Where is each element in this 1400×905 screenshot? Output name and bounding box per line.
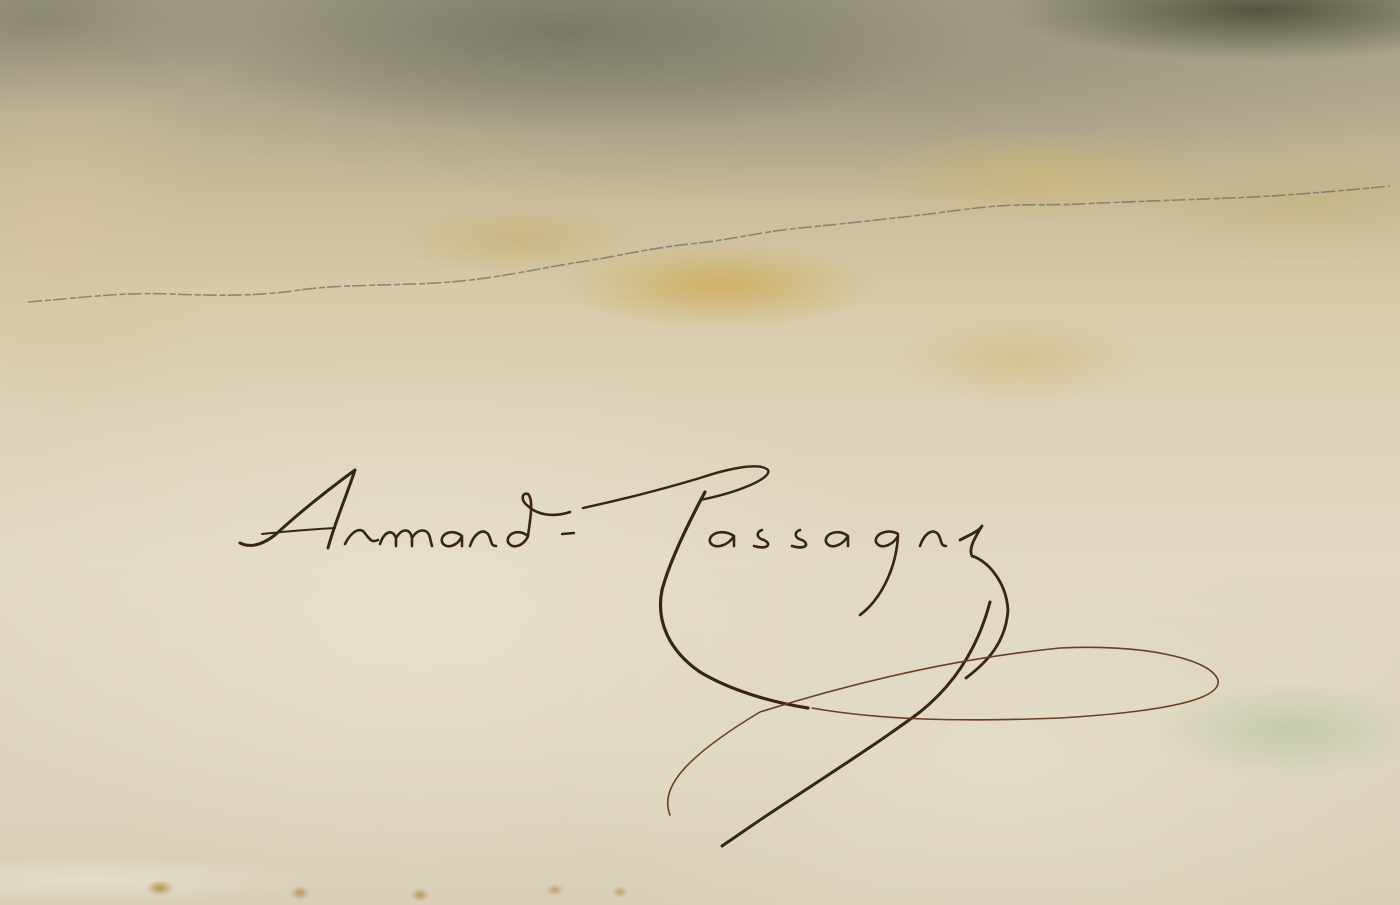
signature-oval-flourish bbox=[668, 647, 1219, 815]
signature-cassagne bbox=[583, 466, 1008, 708]
signature-diagonal-stroke bbox=[722, 602, 990, 846]
pencil-horizon-line bbox=[28, 186, 1390, 302]
signature-armand bbox=[240, 470, 574, 548]
watercolor-artwork: Armand-Cassagne bbox=[0, 0, 1400, 905]
ink-and-pencil-drawing bbox=[0, 0, 1400, 905]
